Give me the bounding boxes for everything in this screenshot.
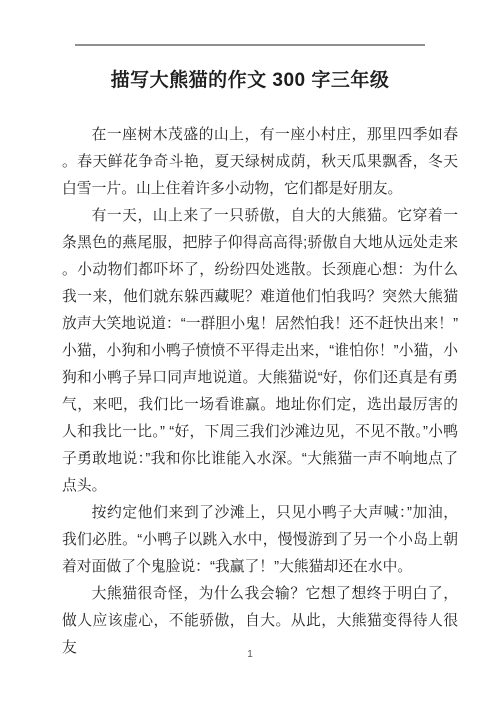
essay-body: 在一座树木茂盛的山上，有一座小村庄，那里四季如春。春天鲜花争奇斗艳，夏天绿树成荫… [62,122,458,662]
page-number: 1 [0,649,500,661]
title-divider [75,44,425,46]
essay-paragraph: 有一天，山上来了一只骄傲，自大的大熊猫。它穿着一条黑色的燕尾服，把脖子仰得高高得… [62,203,458,500]
essay-paragraph: 在一座树木茂盛的山上，有一座小村庄，那里四季如春。春天鲜花争奇斗艳，夏天绿树成荫… [62,122,458,203]
page-title: 描写大熊猫的作文 300 字三年级 [0,68,500,94]
document-page: 描写大熊猫的作文 300 字三年级 在一座树木茂盛的山上，有一座小村庄，那里四季… [0,0,500,707]
essay-paragraph: 按约定他们来到了沙滩上，只见小鸭子大声喊：”加油，我们必胜。“小鸭子以跳入水中，… [62,500,458,581]
